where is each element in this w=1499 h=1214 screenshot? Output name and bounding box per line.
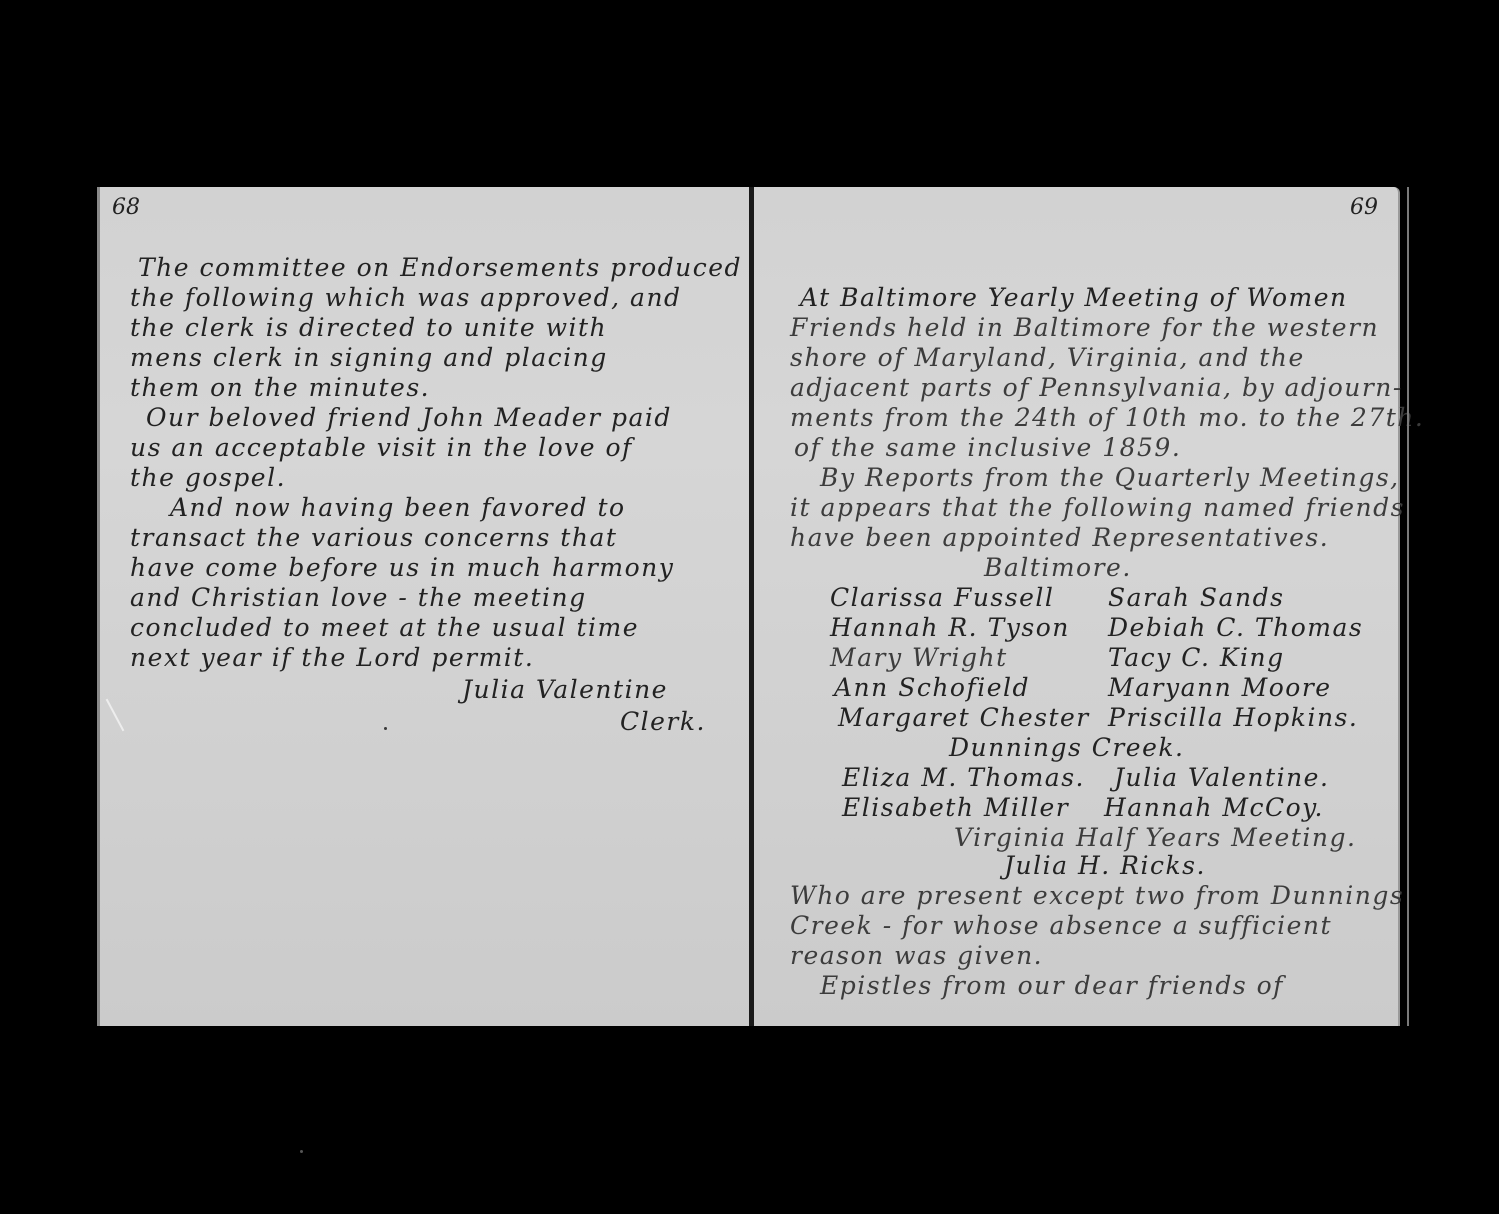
representative-name: Eliza M. Thomas. [842,765,1085,790]
text-line: By Reports from the Quarterly Meetings, [820,465,1400,490]
representative-name: Debiah C. Thomas [1108,615,1363,640]
right-page: 69 At Baltimore Yearly Meeting of Women … [754,187,1400,1026]
signature-title: Clerk. [620,709,706,734]
text-line: shore of Maryland, Virginia, and the [790,345,1305,370]
section-heading: Dunnings Creek. [949,735,1185,760]
open-book: 68 The committee on Endorsements produce… [97,187,1402,1026]
text-line: concluded to meet at the usual time [130,615,639,640]
text-line: mens clerk in signing and placing [130,345,608,370]
signature-name: Julia Valentine [462,677,668,702]
paper-tear-mark [106,699,125,732]
text-line: the following which was approved, and [130,285,682,310]
representative-name: Tacy C. King [1108,645,1285,670]
text-line: the gospel. [130,465,286,490]
representative-name: Ann Schofield [834,675,1030,700]
representative-name: Priscilla Hopkins. [1108,705,1358,730]
text-line: have come before us in much harmony [130,555,674,580]
paper-speck [384,727,387,730]
text-line: The committee on Endorsements produced [138,255,742,280]
text-line: Friends held in Baltimore for the wester… [790,315,1379,340]
representative-name: Mary Wright [830,645,1008,670]
text-line: and Christian love - the meeting [130,585,587,610]
representative-name: Margaret Chester [838,705,1090,730]
text-line: ments from the 24th of 10th mo. to the 2… [790,405,1424,430]
text-line: At Baltimore Yearly Meeting of Women [800,285,1348,310]
section-heading: Baltimore. [984,555,1132,580]
text-line: Creek - for whose absence a sufficient [790,913,1332,938]
representative-name: Sarah Sands [1108,585,1284,610]
text-line: Our beloved friend John Meader paid [146,405,672,430]
text-line: of the same inclusive 1859. [794,435,1181,460]
text-line: have been appointed Representatives. [790,525,1329,550]
text-line: us an acceptable visit in the love of [130,435,633,460]
representative-name: Julia H. Ricks. [1004,853,1206,878]
representative-name: Maryann Moore [1108,675,1332,700]
representative-name: Julia Valentine. [1114,765,1329,790]
page-number-right: 69 [1350,195,1378,220]
text-line: the clerk is directed to unite with [130,315,607,340]
representative-name: Elisabeth Miller [842,795,1069,820]
left-page: 68 The committee on Endorsements produce… [97,187,752,1026]
representative-name: Clarissa Fussell [830,585,1054,610]
text-line: next year if the Lord permit. [130,645,534,670]
section-heading: Virginia Half Years Meeting. [954,825,1356,850]
text-line: it appears that the following named frie… [790,495,1405,520]
page-number-left: 68 [112,195,140,220]
text-line: adjacent parts of Pennsylvania, by adjou… [790,375,1403,400]
page-edge-line [1407,187,1409,1026]
text-line: And now having been favored to [170,495,626,520]
text-line: Who are present except two from Dunnings [790,883,1404,908]
background-speck [300,1150,303,1153]
text-line: transact the various concerns that [130,525,617,550]
text-line: reason was given. [790,943,1043,968]
representative-name: Hannah R. Tyson [830,615,1070,640]
text-line: them on the minutes. [130,375,430,400]
text-line: Epistles from our dear friends of [820,973,1284,998]
representative-name: Hannah McCoy. [1104,795,1324,820]
